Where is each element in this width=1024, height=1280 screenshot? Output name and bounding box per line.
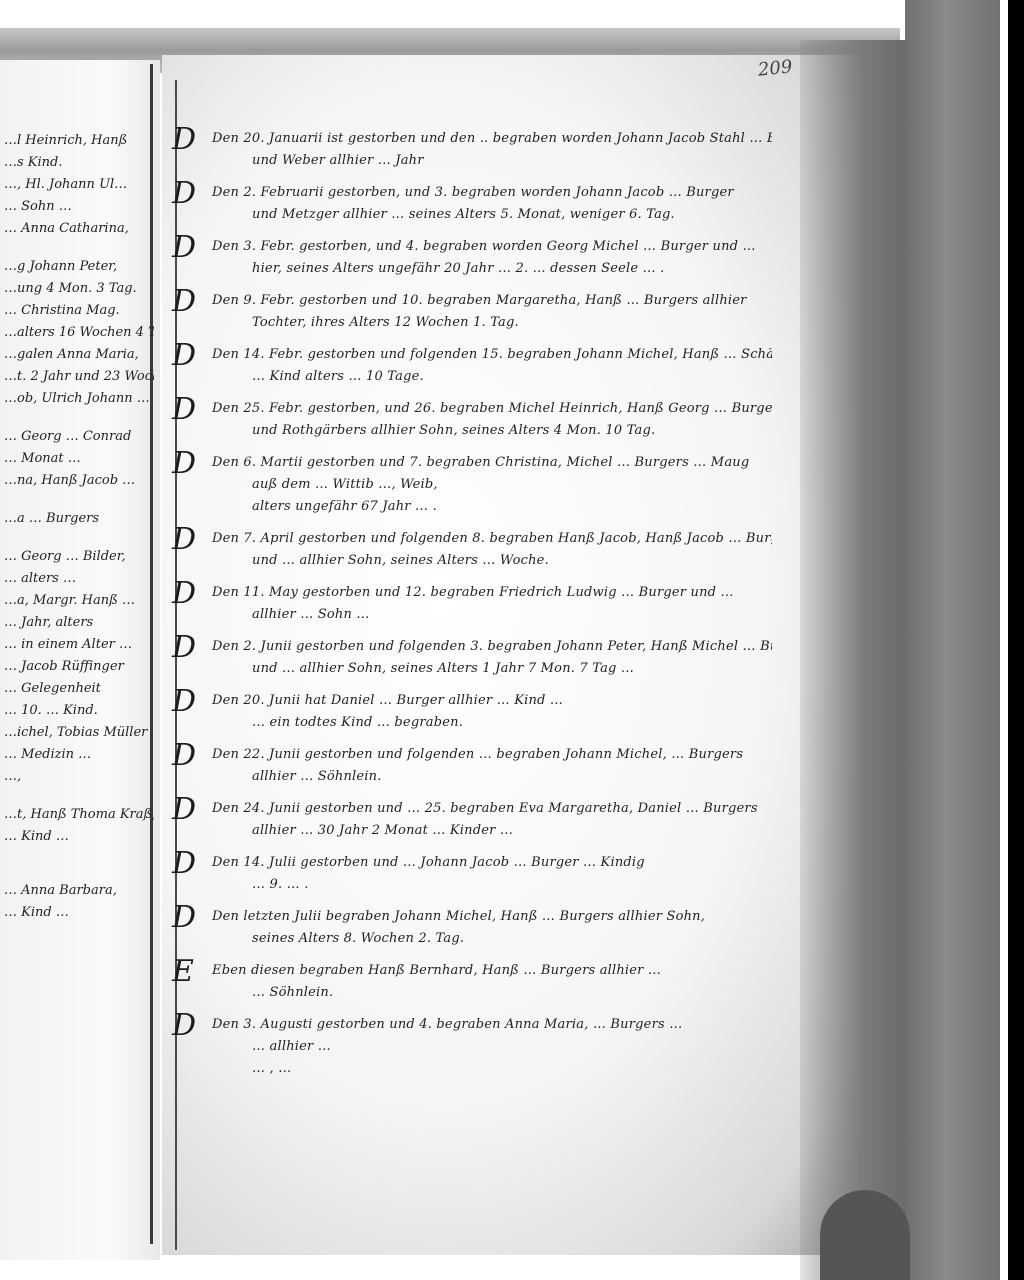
scanner-edge-black — [1008, 0, 1024, 1280]
entry-line: allhier … Söhnlein. — [172, 766, 772, 788]
entry-line: allhier … 30 Jahr 2 Monat … Kinder … — [172, 820, 772, 842]
entry-initial: D — [172, 284, 196, 319]
left-fragment: …ung 4 Mon. 3 Tag. — [4, 278, 154, 300]
entry-line: und Rothgärbers allhier Sohn, seines Alt… — [172, 420, 772, 442]
left-fragment: … 10. … Kind. — [4, 700, 154, 722]
entry-line: Den 6. Martii gestorben und 7. begraben … — [172, 452, 772, 474]
register-entry: EEben diesen begraben Hanß Bernhard, Han… — [172, 960, 772, 1004]
register-entry: DDen 9. Febr. gestorben und 10. begraben… — [172, 290, 772, 334]
left-gap — [4, 864, 154, 880]
entry-line: allhier … Sohn … — [172, 604, 772, 626]
entry-line: seines Alters 8. Wochen 2. Tag. — [172, 928, 772, 950]
left-fragment: … in einem Alter … — [4, 634, 154, 656]
register-entry: DDen 3. Augusti gestorben und 4. begrabe… — [172, 1014, 772, 1080]
entry-line: auß dem … Wittib …, Weib, — [172, 474, 772, 496]
entry-initial: D — [172, 846, 196, 881]
entry-line: … Kind alters … 10 Tage. — [172, 366, 772, 388]
left-fragment: …l Heinrich, Hanß — [4, 130, 154, 152]
entry-line: und Metzger allhier … seines Alters 5. M… — [172, 204, 772, 226]
register-entry: DDen 2. Junii gestorben und folgenden 3.… — [172, 636, 772, 680]
register-entry: DDen 14. Febr. gestorben und folgenden 1… — [172, 344, 772, 388]
register-entry: DDen 11. May gestorben und 12. begraben … — [172, 582, 772, 626]
left-gap — [4, 530, 154, 546]
left-fragment: … Georg … Conrad — [4, 426, 154, 448]
entry-line: Den 22. Junii gestorben und folgenden … … — [172, 744, 772, 766]
entry-line: Den 14. Febr. gestorben und folgenden 15… — [172, 344, 772, 366]
page-corner-shadow — [820, 1190, 910, 1280]
left-fragment: …a, Margr. Hanß … — [4, 590, 154, 612]
register-entry: DDen 3. Febr. gestorben, und 4. begraben… — [172, 236, 772, 280]
left-fragment: …galen Anna Maria, — [4, 344, 154, 366]
left-gap — [4, 410, 154, 426]
left-fragment: …a … Burgers — [4, 508, 154, 530]
entry-line: Tochter, ihres Alters 12 Wochen 1. Tag. — [172, 312, 772, 334]
left-fragment: …alters 16 Wochen 4 Tag. — [4, 322, 154, 344]
register-entry: DDen 14. Julii gestorben und … Johann Ja… — [172, 852, 772, 896]
entry-line: … allhier … — [172, 1036, 772, 1058]
left-fragment: … Jacob Rüffinger — [4, 656, 154, 678]
register-entry: DDen 20. Januarii ist gestorben und den … — [172, 128, 772, 172]
page-number: 209 — [757, 56, 793, 80]
left-fragment: … Kind … — [4, 826, 154, 848]
entry-line: Den 11. May gestorben und 12. begraben F… — [172, 582, 772, 604]
left-fragment: … Anna Catharina, — [4, 218, 154, 240]
entry-line: Den 24. Junii gestorben und … 25. begrab… — [172, 798, 772, 820]
entry-initial: D — [172, 446, 196, 481]
left-fragment: … Georg … Bilder, — [4, 546, 154, 568]
left-fragment: … Gelegenheit — [4, 678, 154, 700]
entry-initial: D — [172, 122, 196, 157]
left-fragment: … Sohn … — [4, 196, 154, 218]
left-fragment: …, Hl. Johann Ul… — [4, 174, 154, 196]
entry-line: Den 14. Julii gestorben und … Johann Jac… — [172, 852, 772, 874]
entry-initial: D — [172, 338, 196, 373]
page-shadow — [800, 40, 908, 1280]
entry-line: und … allhier Sohn, seines Alters … Woch… — [172, 550, 772, 572]
register-entries: DDen 20. Januarii ist gestorben und den … — [172, 128, 772, 1090]
left-fragment: …na, Hanß Jacob … — [4, 470, 154, 492]
left-fragment: … Anna Barbara, — [4, 880, 154, 902]
left-gap — [4, 492, 154, 508]
left-fragment: … Christina Mag. — [4, 300, 154, 322]
entry-initial: D — [172, 1008, 196, 1043]
entry-initial: D — [172, 392, 196, 427]
entry-line: Den 20. Januarii ist gestorben und den .… — [172, 128, 772, 150]
entry-line: Den 25. Febr. gestorben, und 26. begrabe… — [172, 398, 772, 420]
register-entry: DDen 6. Martii gestorben und 7. begraben… — [172, 452, 772, 518]
entry-line: und … allhier Sohn, seines Alters 1 Jahr… — [172, 658, 772, 680]
entry-line: Den 3. Augusti gestorben und 4. begraben… — [172, 1014, 772, 1036]
entry-initial: D — [172, 684, 196, 719]
left-gap — [4, 848, 154, 864]
left-fragment: … Kind … — [4, 902, 154, 924]
left-fragment: …t. 2 Jahr und 23 Wochen. — [4, 366, 154, 388]
scanner-background — [905, 0, 1005, 1280]
entry-initial: D — [172, 738, 196, 773]
entry-line: Den 3. Febr. gestorben, und 4. begraben … — [172, 236, 772, 258]
entry-initial: D — [172, 630, 196, 665]
entry-line: … Söhnlein. — [172, 982, 772, 1004]
left-fragment: …ichel, Tobias Müller — [4, 722, 154, 744]
entry-line: … 9. … . — [172, 874, 772, 896]
left-fragment: … Medizin … — [4, 744, 154, 766]
left-fragment: … Monat … — [4, 448, 154, 470]
entry-initial: D — [172, 176, 196, 211]
entry-line: Den 7. April gestorben und folgenden 8. … — [172, 528, 772, 550]
left-gap — [4, 788, 154, 804]
entry-line: und Weber allhier … Jahr — [172, 150, 772, 172]
left-page-text: …l Heinrich, Hanß…s Kind.…, Hl. Johann U… — [4, 130, 154, 924]
entry-line: Eben diesen begraben Hanß Bernhard, Hanß… — [172, 960, 772, 982]
entry-initial: D — [172, 230, 196, 265]
register-entry: DDen 25. Febr. gestorben, und 26. begrab… — [172, 398, 772, 442]
entry-line: Den letzten Julii begraben Johann Michel… — [172, 906, 772, 928]
register-entry: DDen 2. Februarii gestorben, und 3. begr… — [172, 182, 772, 226]
left-gap — [4, 240, 154, 256]
register-entry: DDen 22. Junii gestorben und folgenden …… — [172, 744, 772, 788]
entry-initial: D — [172, 900, 196, 935]
register-entry: DDen 24. Junii gestorben und … 25. begra… — [172, 798, 772, 842]
register-entry: DDen 7. April gestorben und folgenden 8.… — [172, 528, 772, 572]
entry-initial: E — [172, 954, 194, 989]
left-fragment: …g Johann Peter, — [4, 256, 154, 278]
left-fragment: … alters … — [4, 568, 154, 590]
entry-line: hier, seines Alters ungefähr 20 Jahr … 2… — [172, 258, 772, 280]
entry-initial: D — [172, 576, 196, 611]
entry-line: Den 2. Junii gestorben und folgenden 3. … — [172, 636, 772, 658]
entry-line: alters ungefähr 67 Jahr … . — [172, 496, 772, 518]
left-fragment: …s Kind. — [4, 152, 154, 174]
left-fragment: …ob, Ulrich Johann … — [4, 388, 154, 410]
entry-line: Den 2. Februarii gestorben, und 3. begra… — [172, 182, 772, 204]
register-entry: DDen letzten Julii begraben Johann Miche… — [172, 906, 772, 950]
left-fragment: … Jahr, alters — [4, 612, 154, 634]
entry-line: … , … — [172, 1058, 772, 1080]
entry-initial: D — [172, 792, 196, 827]
left-fragment: …, — [4, 766, 154, 788]
register-entry: DDen 20. Junii hat Daniel … Burger allhi… — [172, 690, 772, 734]
entry-line: Den 9. Febr. gestorben und 10. begraben … — [172, 290, 772, 312]
entry-line: … ein todtes Kind … begraben. — [172, 712, 772, 734]
entry-line: Den 20. Junii hat Daniel … Burger allhie… — [172, 690, 772, 712]
left-fragment: …t, Hanß Thoma Kraß, — [4, 804, 154, 826]
entry-initial: D — [172, 522, 196, 557]
scanner-edge-white — [1000, 0, 1008, 1280]
scanned-manuscript: 209 …l Heinrich, Hanß…s Kind.…, Hl. Joha… — [0, 0, 1024, 1280]
